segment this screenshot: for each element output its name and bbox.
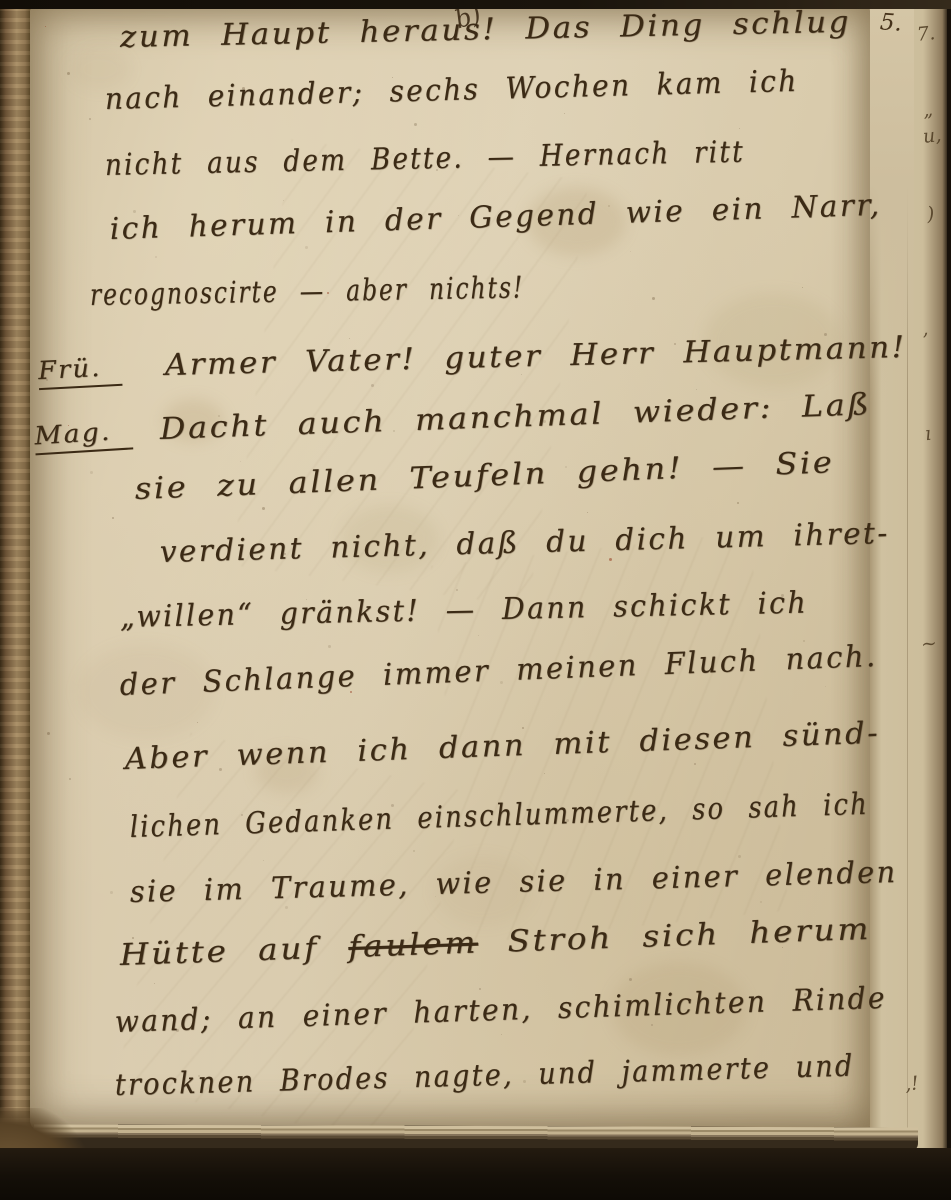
paper-speck (67, 72, 70, 75)
paper-speck (456, 589, 458, 591)
paper-speck (629, 978, 632, 981)
paper-speck (328, 645, 331, 648)
paper-speck (263, 860, 264, 861)
paper-speck (240, 461, 241, 462)
edge-fragment: ~ (920, 632, 938, 656)
edge-fragment: ı (924, 423, 932, 446)
edge-fragment: „ (922, 99, 934, 122)
paper-speck (737, 502, 739, 504)
line-text: Hütte auf (119, 930, 349, 973)
paper-speck (587, 512, 588, 513)
paper-speck (349, 338, 350, 339)
edge-fragment: ‚ (921, 318, 929, 341)
paper-speck (45, 26, 46, 27)
paper-speck (630, 251, 631, 252)
manuscript-page: b) zum Haupt heraus! Das Ding schlugnach… (30, 8, 870, 1132)
struck-word: faulem (348, 926, 479, 966)
manuscript-line: nicht aus dem Bette. — Hernach ritt (105, 135, 746, 194)
manuscript-line: nach einander; sechs Wochen kam ich (104, 64, 799, 128)
paper-speck (479, 988, 481, 990)
edge-fragment: ) (926, 203, 936, 226)
paper-speck (414, 123, 417, 126)
edge-fragment: u, (922, 124, 942, 148)
paper-speck (69, 778, 71, 780)
paper-speck (112, 517, 114, 519)
paper-speck (197, 722, 198, 723)
paper-speck (283, 200, 284, 201)
line-text: zum Haupt heraus! Das Ding schlug (120, 5, 852, 55)
line-text: nicht aus dem Bette. — Hernach ritt (105, 135, 746, 183)
manuscript-line: zum Haupt heraus! Das Ding schlug (120, 5, 852, 66)
line-text: nach einander; sechs Wochen kam ich (104, 64, 799, 117)
paper-speck (652, 297, 655, 300)
paper-speck (90, 471, 93, 474)
book-cover-edge (0, 0, 32, 1200)
paper-speck (696, 389, 697, 390)
paper-speck (413, 850, 415, 852)
paper-speck (738, 855, 741, 858)
page-number: 5. (879, 9, 903, 36)
speaker-label: Frü. (37, 352, 123, 390)
line-text: „willen“ gränkst! — Dann schickt ich (120, 586, 809, 635)
paper-speck (110, 891, 113, 894)
neighbor-page-number: 7. (916, 22, 936, 46)
bottom-shadow (0, 1148, 951, 1200)
paper-speck (47, 732, 50, 735)
line-text: recognoscirte — aber nichts! (90, 270, 525, 313)
paper-speck (802, 287, 803, 288)
manuscript-line: recognoscirte — aber nichts! (90, 270, 525, 324)
paper-speck (739, 128, 740, 129)
speaker-label: Mag. (33, 415, 133, 455)
edge-fragment: ,! (904, 1072, 920, 1095)
paper-speck (89, 118, 91, 120)
top-shadow (0, 0, 951, 9)
paper-speck (154, 983, 155, 984)
manuscript-photo: 7.„u,)‚ı~,! b) zum Haupt heraus! Das Din… (0, 0, 951, 1200)
